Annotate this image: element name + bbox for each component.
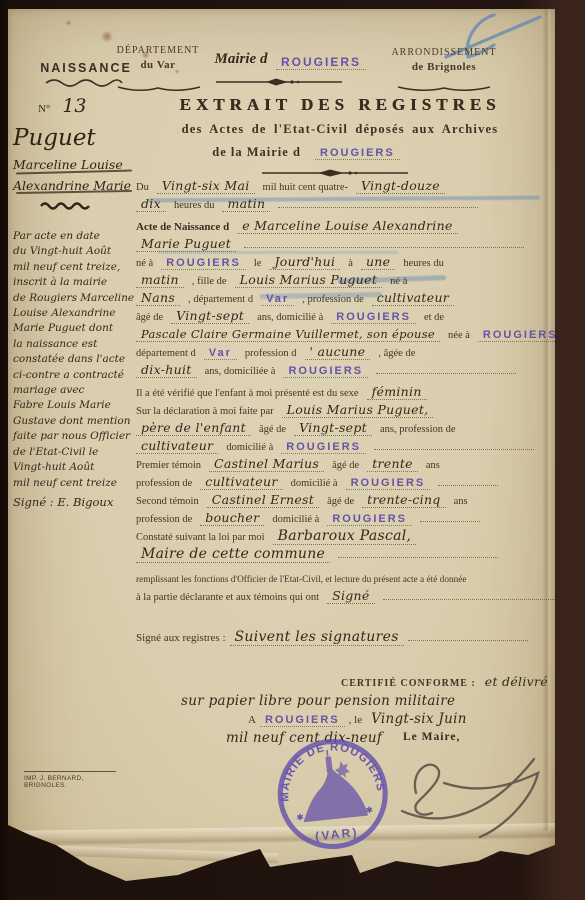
printed-text: mil huit cent quatre- xyxy=(263,182,348,193)
note-signature-line: Signé : E. Bigoux xyxy=(13,495,137,510)
note-line: Marie Puguet dont xyxy=(13,321,137,336)
printed-text: , profession de xyxy=(302,294,364,305)
page-subtitle: des Actes de l'Etat-Civil déposés aux Ar… xyxy=(130,122,550,137)
arrondissement-block: ARRONDISSEMENT de Brignoles xyxy=(380,47,508,73)
note-line: mil neuf cent treize xyxy=(13,476,137,491)
handwritten-text: Barbaroux Pascal, xyxy=(273,528,417,545)
act-body: Du Vingt-six Mai mil huit cent quatre- V… xyxy=(136,177,551,747)
form-line: Acte de Naissance d e Marceline Louise A… xyxy=(136,217,551,235)
form-line: matin , fille de Louis Marius Puguet né … xyxy=(136,271,551,289)
place-stamp: ROUGIERS xyxy=(260,714,345,727)
form-line: département d Var profession d ' aucune … xyxy=(136,343,551,361)
form-line: Du Vingt-six Mai mil huit cent quatre- V… xyxy=(136,177,551,195)
marriage-mention-note: Par acte en date du Vingt-huit Août mil … xyxy=(13,229,137,510)
note-line: Fabre Louis Marie xyxy=(13,398,137,413)
printed-text: profession de xyxy=(136,514,192,525)
handwritten-text: Suivent les signatures xyxy=(230,629,404,646)
printed-text: ans, domiciliée à xyxy=(205,366,276,377)
blank-rule xyxy=(278,195,478,208)
arrondissement-value: de Brignoles xyxy=(380,61,508,73)
handwritten-text: Vingt-douze xyxy=(356,178,445,194)
form-line: père de l'enfant âgé de Vingt-sept ans, … xyxy=(136,419,551,437)
handwritten-text: dix-huit xyxy=(136,362,197,378)
certified-line: A ROUGIERS , le Vingt-six Juin xyxy=(136,710,551,729)
printed-text: né à xyxy=(390,276,407,287)
blank-rule xyxy=(438,473,498,486)
form-line: remplissant les fonctions d'Officier de … xyxy=(136,569,551,587)
handwritten-text: Castinel Marius xyxy=(209,456,324,472)
note-line: du Vingt-huit Août xyxy=(13,244,137,259)
departement-value: du Var xyxy=(110,59,206,71)
stamp-star-icon: ✱ xyxy=(296,812,305,823)
printed-text: domicilié à xyxy=(272,514,319,525)
place-stamp: Var xyxy=(204,347,237,360)
note-line: constatée dans l'acte xyxy=(13,352,137,367)
handwritten-text: e Marceline Louise Alexandrine xyxy=(237,218,457,234)
note-line: mariage avec xyxy=(13,383,137,398)
handwritten-text: matin xyxy=(136,272,184,288)
stamp-star-icon: ✱ xyxy=(365,805,374,816)
registers-line: Signé aux registres : Suivent les signat… xyxy=(136,627,551,647)
form-line: Pascale Claire Germaine Vuillermet, son … xyxy=(136,325,551,343)
handwritten-text: Vingt-sept xyxy=(171,308,249,324)
form-line: né à ROUGIERS le Jourd'hui à une heures … xyxy=(136,253,551,271)
paper-stain xyxy=(65,20,72,26)
place-stamp: Var xyxy=(261,293,294,306)
handwritten-text: Pascale Claire Germaine Vuillermet, son … xyxy=(136,327,440,342)
handwritten-text: féminin xyxy=(367,384,427,400)
printed-text: , le xyxy=(349,714,362,726)
note-line: Louise Alexandrine xyxy=(13,306,137,321)
handwritten-text: cultivateur xyxy=(372,290,454,306)
blank-rule xyxy=(374,437,534,450)
handwritten-text: trente-cinq xyxy=(362,492,445,508)
mairie-name-stamp: ROUGIERS xyxy=(315,147,400,160)
form-line: Premier témoin Castinel Marius âgé de tr… xyxy=(136,455,551,473)
form-line: dix-huit ans, domiciliée à ROUGIERS xyxy=(136,361,551,379)
printed-text: heures du xyxy=(174,200,215,211)
place-stamp: ROUGIERS xyxy=(281,441,366,454)
form-line: cultivateur domicilié à ROUGIERS xyxy=(136,437,551,455)
printed-text: profession de xyxy=(136,478,192,489)
numero-label: N° xyxy=(38,103,50,115)
flourish-underline-icon xyxy=(39,201,95,210)
document-paper: NAISSANCE DÉPARTEMENT du Var Mairie d RO… xyxy=(8,9,555,891)
mairie-name-stamp: ROUGIERS xyxy=(276,55,366,70)
blank-rule xyxy=(338,545,498,558)
margin-annotation: Puguet Marceline Louise Alexandrine Mari… xyxy=(13,125,137,510)
printed-text: Second témoin xyxy=(136,496,199,507)
note-line: de l'Etat-Civil le xyxy=(13,445,137,460)
note-line: ci-contre a contracté xyxy=(13,368,137,383)
handwritten-text: Louis Marius Puguet, xyxy=(282,402,434,418)
blank-rule xyxy=(420,509,480,522)
printed-text: né à xyxy=(136,258,153,269)
form-line: Il a été vérifié que l'enfant à moi prés… xyxy=(136,383,551,401)
handwritten-text: Vingt-six Mai xyxy=(157,178,255,194)
mairie-line: de la Mairie d ROUGIERS xyxy=(136,145,476,160)
note-line: Gustave dont mention xyxy=(13,414,137,429)
printed-text: domicilié à xyxy=(291,478,338,489)
printed-text: et de xyxy=(424,312,444,323)
note-line: faite par nous Officier xyxy=(13,429,137,444)
printed-text: , fille de xyxy=(192,276,227,287)
printed-text: domicilié à xyxy=(226,442,273,453)
handwritten-text: matin xyxy=(222,196,270,212)
printed-text: A xyxy=(248,714,256,726)
note-line: de Rougiers Marceline xyxy=(13,291,137,306)
form-line: profession de boucher domicilié à ROUGIE… xyxy=(136,509,551,527)
printed-text: ans xyxy=(426,460,440,471)
handwritten-text: Maire de cette commune xyxy=(136,546,330,563)
handwritten-text: Vingt-sept xyxy=(294,420,372,436)
form-line: dix heures du matin xyxy=(136,195,551,213)
handwritten-text: dix xyxy=(136,196,166,212)
handwritten-text: Marie Puguet xyxy=(136,236,236,252)
printed-text: ans xyxy=(454,496,468,507)
form-line: Nans , département d Var , profession de… xyxy=(136,289,551,307)
form-line: Constaté suivant la loi par moi Barbarou… xyxy=(136,527,551,545)
handwritten-text: trente xyxy=(367,456,418,472)
certified-line: CERTIFIÉ CONFORME : et délivré xyxy=(136,673,551,692)
note-line: Par acte en date xyxy=(13,229,137,244)
handwritten-text: père de l'enfant xyxy=(136,420,251,436)
note-line: mil neuf cent treize, xyxy=(13,260,137,275)
printed-text: âgé de xyxy=(327,496,354,507)
page-title: EXTRAIT DES REGISTRES xyxy=(136,95,544,115)
handwritten-text: Louis Marius Puguet xyxy=(235,272,383,288)
handwritten-text: Castinel Ernest xyxy=(207,492,319,508)
handwritten-text: cultivateur xyxy=(200,474,282,490)
handwritten-text: une xyxy=(361,254,395,270)
printed-text: à xyxy=(348,258,353,269)
certified-label: CERTIFIÉ CONFORME : xyxy=(341,678,476,689)
blank-rule xyxy=(408,628,528,641)
certified-line: sur papier libre pour pension militaire xyxy=(136,692,551,711)
paper-crease xyxy=(28,845,278,864)
printed-text: , âgée de xyxy=(378,348,415,359)
handwritten-text: Jourd'hui xyxy=(269,254,340,270)
printed-text: département d xyxy=(136,348,196,359)
handwritten-text: cultivateur xyxy=(136,438,218,454)
handwritten-text: sur papier libre pour pension militaire xyxy=(176,693,460,709)
mairie-label: Mairie d xyxy=(206,51,276,68)
blank-rule xyxy=(244,235,524,248)
printed-text: Acte de Naissance d xyxy=(136,221,229,233)
printed-text: née à xyxy=(448,330,470,341)
printed-text: ans, profession de xyxy=(380,424,456,435)
printed-text: âgé de xyxy=(259,424,286,435)
printed-text: profession d xyxy=(245,348,297,359)
form-line: Second témoin Castinel Ernest âgé de tre… xyxy=(136,491,551,509)
flourish-underline-icon xyxy=(396,84,492,93)
place-stamp: ROUGIERS xyxy=(346,477,431,490)
flourish-underline-icon xyxy=(116,84,202,93)
printer-imprint: IMP. J. BERNARD, BRIGNOLES. xyxy=(24,771,116,789)
place-stamp: ROUGIERS xyxy=(161,257,246,270)
blank-rule xyxy=(383,587,583,600)
form-line: Maire de cette commune xyxy=(136,545,551,563)
scanned-birth-record: { "header": { "doc_type_label": "NAISSAN… xyxy=(0,0,585,900)
printed-text: ans, domicilié à xyxy=(257,312,323,323)
printed-text: âgé de xyxy=(136,312,163,323)
place-stamp: ROUGIERS xyxy=(283,365,368,378)
mairie-round-stamp: MAIRIE DE ROUGIERS ✱ ✱ (VAR) xyxy=(270,731,396,861)
flourish-underline-icon xyxy=(44,79,124,87)
printed-text: le xyxy=(254,258,262,269)
printed-text: Premier témoin xyxy=(136,460,201,471)
form-line: à la partie déclarante et aux témoins qu… xyxy=(136,587,551,605)
note-line: inscrit à la mairie xyxy=(13,275,137,290)
printed-text: à la partie déclarante et aux témoins qu… xyxy=(136,592,319,603)
printed-text: Sur la déclaration à moi faite par xyxy=(136,406,274,417)
place-stamp: ROUGIERS xyxy=(331,311,416,324)
departement-label: DÉPARTEMENT xyxy=(110,45,206,56)
paper-stain xyxy=(100,31,114,42)
maire-signature-icon xyxy=(386,731,546,851)
place-stamp: ROUGIERS xyxy=(478,329,563,342)
form-line: profession de cultivateur domicilié à RO… xyxy=(136,473,551,491)
printed-text: heures du xyxy=(403,258,444,269)
note-line: la naissance est xyxy=(13,337,137,352)
handwritten-text: Vingt-six Juin xyxy=(366,711,472,727)
note-line: Vingt-huit Août xyxy=(13,460,137,475)
handwritten-text: et délivré xyxy=(480,674,553,689)
form-line: âgé de Vingt-sept ans, domicilié à ROUGI… xyxy=(136,307,551,325)
ornament-rule-icon xyxy=(214,77,344,87)
printed-text: Du xyxy=(136,182,149,193)
act-number: N° 13 xyxy=(38,95,87,117)
numero-value: 13 xyxy=(62,95,86,117)
printed-text: âgé de xyxy=(332,460,359,471)
departement-block: DÉPARTEMENT du Var xyxy=(110,45,206,71)
handwritten-text: Nans xyxy=(136,290,180,306)
mairie-line-label: de la Mairie d xyxy=(212,145,301,159)
printed-text: , département d xyxy=(188,294,253,305)
form-line: Marie Puguet xyxy=(136,235,551,253)
margin-surname: Puguet xyxy=(13,125,137,151)
blank-rule xyxy=(376,361,516,374)
handwritten-text: boucher xyxy=(200,510,264,526)
printed-text: remplissant les fonctions d'Officier de … xyxy=(136,575,467,585)
printed-text: Constaté suivant la loi par moi xyxy=(136,532,265,543)
form-line: Sur la déclaration à moi faite par Louis… xyxy=(136,401,551,419)
handwritten-text: ' aucune xyxy=(305,344,371,360)
printed-text: Il a été vérifié que l'enfant à moi prés… xyxy=(136,388,359,399)
handwritten-text: Signé xyxy=(327,588,375,604)
arrondissement-label: ARRONDISSEMENT xyxy=(380,47,508,58)
place-stamp: ROUGIERS xyxy=(327,513,412,526)
printed-text: Signé aux registres : xyxy=(136,632,226,644)
